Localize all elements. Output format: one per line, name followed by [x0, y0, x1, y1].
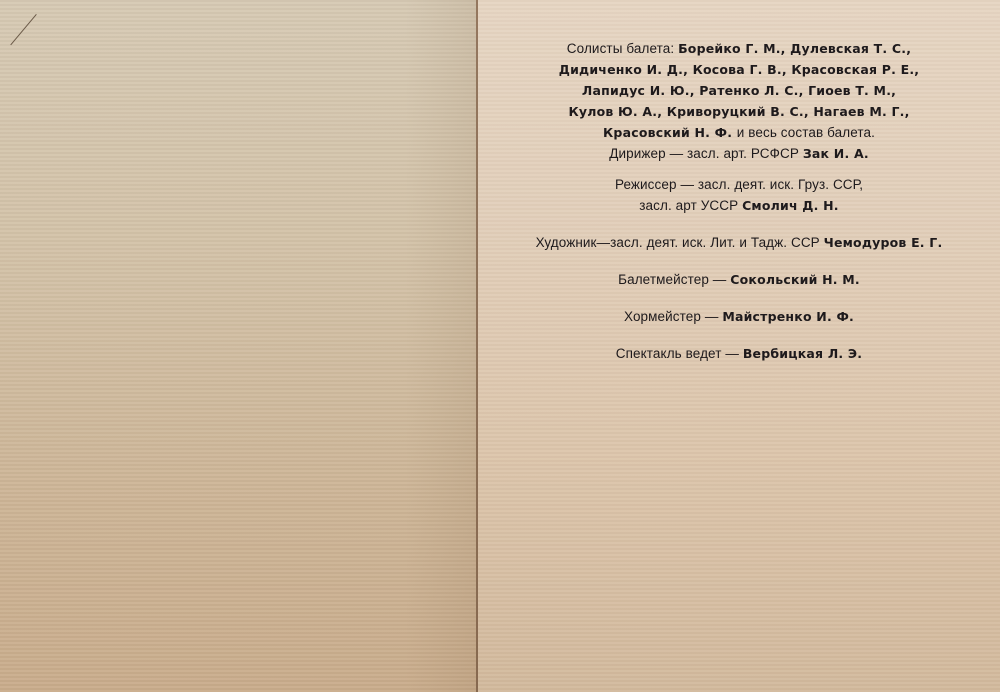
credit-role: засл. арт УССР: [639, 198, 742, 213]
credit-line: Кулов Ю. А., Криворуцкий В. С., Нагаев М…: [478, 101, 1000, 122]
credit-name: Красовский Н. Ф.: [603, 125, 737, 140]
credit-line: Красовский Н. Ф. и весь состав балета.: [478, 122, 1000, 143]
credit-role: Режиссер — засл. деят. иск. Груз. ССР,: [615, 177, 863, 192]
credit-line: Хормейстер — Майстренко И. Ф.: [478, 306, 1000, 327]
credit-role: Солисты балета:: [567, 41, 678, 56]
credit-role: Спектакль ведет —: [616, 346, 743, 361]
credit-line: засл. арт УССР Смолич Д. Н.: [478, 195, 1000, 216]
credit-name: Майстренко И. Ф.: [722, 309, 854, 324]
left-page: [0, 0, 476, 692]
credit-line: Лапидус И. Ю., Ратенко Л. С., Гиоев Т. М…: [478, 80, 1000, 101]
credit-name: Борейко Г. М., Дулевская Т. С.,: [678, 41, 911, 56]
credit-role: Балетмейстер —: [618, 272, 730, 287]
credit-name: Чемодуров Е. Г.: [824, 235, 943, 250]
corner-crease: [10, 14, 36, 45]
credit-role: и весь состав балета.: [737, 125, 875, 140]
credit-line: Спектакль ведет — Вербицкая Л. Э.: [478, 343, 1000, 364]
credit-line: Дирижер — засл. арт. РСФСР Зак И. А.: [478, 143, 1000, 164]
credit-line: Дидиченко И. Д., Косова Г. В., Красовска…: [478, 59, 1000, 80]
credit-name: Лапидус И. Ю., Ратенко Л. С., Гиоев Т. М…: [582, 83, 896, 98]
credit-name: Кулов Ю. А., Криворуцкий В. С., Нагаев М…: [568, 104, 909, 119]
program-spread: Солисты балета: Борейко Г. М., Дулевская…: [0, 0, 1000, 692]
credit-role: Художник—засл. деят. иск. Лит. и Тадж. С…: [536, 235, 824, 250]
credit-line: Солисты балета: Борейко Г. М., Дулевская…: [478, 38, 1000, 59]
credit-role: Хормейстер —: [624, 309, 722, 324]
credit-role: Дирижер — засл. арт. РСФСР: [609, 146, 803, 161]
credit-line: Художник—засл. деят. иск. Лит. и Тадж. С…: [478, 232, 1000, 253]
credit-name: Вербицкая Л. Э.: [743, 346, 862, 361]
credit-name: Зак И. А.: [803, 146, 869, 161]
cast-credits: Солисты балета: Борейко Г. М., Дулевская…: [478, 38, 1000, 364]
credit-line: Балетмейстер — Сокольский Н. М.: [478, 269, 1000, 290]
credit-name: Сокольский Н. М.: [730, 272, 860, 287]
credit-name: Смолич Д. Н.: [742, 198, 839, 213]
credit-name: Дидиченко И. Д., Косова Г. В., Красовска…: [559, 62, 919, 77]
credit-line: Режиссер — засл. деят. иск. Груз. ССР,: [478, 174, 1000, 195]
